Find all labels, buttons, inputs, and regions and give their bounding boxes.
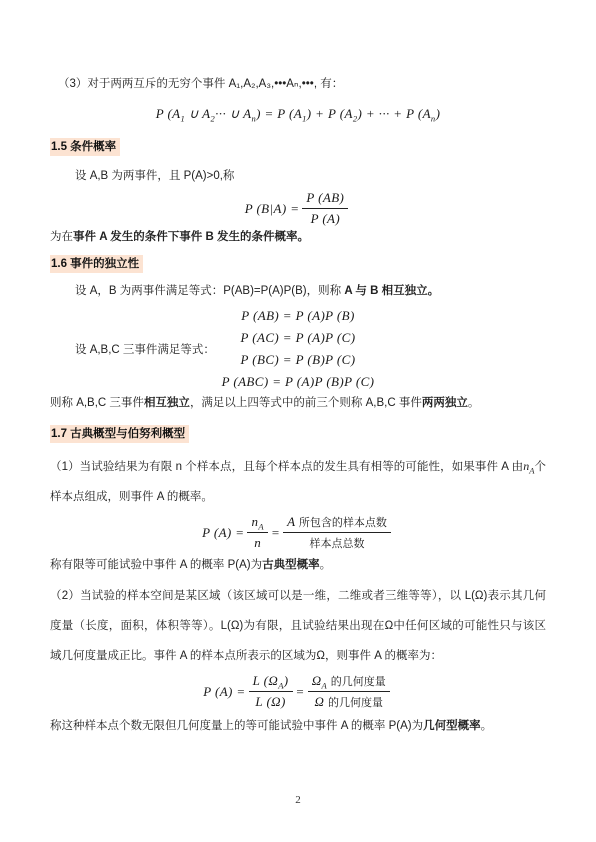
fraction-denominator: Ω 的几何度量 — [311, 692, 387, 710]
paragraph-classical-intro: （1）当试验结果为有限 n 个样本点，且每个样本点的发生具有相等的可能性，如果事… — [50, 451, 546, 512]
paragraph-classical-definition: 称有限等可能试验中事件 A 的概率 P(A)为古典型概率。 — [50, 557, 546, 573]
formula-equals: = — [271, 525, 280, 541]
paragraph-conditional-intro: 设 A,B 为两事件，且 P(A)>0,称 — [50, 168, 546, 184]
fraction: nA n — [247, 514, 268, 551]
text-segment: 的几何度量 — [331, 676, 386, 688]
heading-highlight: 1.6 事件的独立性 — [50, 255, 143, 273]
fraction-denominator: P (A) — [307, 209, 345, 227]
section-heading-1-7: 1.7 古典概型与伯努利概型 — [50, 425, 546, 441]
formula-equals: = — [296, 684, 305, 700]
text-segment: A 与 B 相互独立。 — [344, 285, 439, 297]
text-segment: ) + ··· + P (A — [357, 106, 430, 121]
heading-highlight: 1.7 古典概型与伯努利概型 — [50, 425, 189, 443]
text-segment: ，满足以上四等式中的前三个则称 A,B,C 事件 — [190, 397, 422, 409]
text-segment: （1）当试验结果为有限 n 个样本点，且每个样本点的发生具有相等的可能性，如果事… — [50, 461, 523, 473]
fraction-numerator: L (ΩA) — [249, 673, 293, 692]
fraction-numerator: P (AB) — [302, 190, 348, 209]
text-segment: Ω — [312, 673, 322, 688]
text-segment: Ω — [315, 694, 328, 709]
heading-highlight: 1.5 条件概率 — [50, 138, 120, 156]
paragraph-geometric-definition: 称这种样本点个数无限但几何度量上的等可能试验中事件 A 的概率 P(A)为几何型… — [50, 718, 546, 734]
text-segment: ··· ∪ A — [215, 106, 251, 121]
formula-lhs: P (A) = — [202, 525, 244, 541]
formula-lhs: P (B|A) = — [245, 201, 300, 217]
fraction: A 所包含的样本点数 样本点总数 — [283, 514, 391, 551]
text-segment: 。 — [468, 397, 480, 409]
text-segment: P (B|A) = — [245, 201, 300, 216]
paragraph-two-event-independence: 设 A，B 为两事件满足等式：P(AB)=P(A)P(B)，则称 A 与 B 相… — [50, 283, 546, 299]
text-segment: 设 A,B 为两事件，且 P(A)>0,称 — [75, 170, 234, 182]
text-segment: （3）对于两两互斥的无穷个事件 A₁,A₂,A₃,•••Aₙ,•••, 有： — [58, 78, 343, 90]
text-segment: 几何型概率 — [423, 720, 481, 732]
text-segment: 。 — [320, 559, 332, 571]
document-page: （3）对于两两互斥的无穷个事件 A₁,A₂,A₃,•••Aₙ,•••, 有： P… — [0, 0, 596, 842]
text-segment: 事件 A 发生的条件下事件 B 发生的条件概率。 — [73, 231, 309, 243]
text-segment: 则称 A,B,C 三事件 — [50, 397, 144, 409]
formula-conditional-probability: P (B|A) = P (AB) P (A) — [50, 190, 546, 227]
fraction-denominator: 样本点总数 — [306, 533, 369, 551]
text-segment: ) — [436, 106, 441, 121]
formula-countable-additivity: P (A1 ∪ A2··· ∪ An) = P (A1) + P (A2) + … — [50, 106, 546, 122]
page-number: 2 — [0, 794, 596, 806]
text-segment: ) + P (A — [307, 106, 353, 121]
text-segment: 两两独立 — [422, 397, 468, 409]
fraction-numerator: ΩA 的几何度量 — [308, 673, 390, 692]
paragraph-conditional-definition: 为在事件 A 发生的条件下事件 B 发生的条件概率。 — [50, 229, 546, 245]
text-segment: = — [296, 684, 305, 699]
paragraph-geometric-intro: （2）当试验的样本空间是某区域（该区域可以是一维，二维或者三维等等），以 L(Ω… — [50, 581, 546, 671]
section-heading-1-5: 1.5 条件概率 — [50, 138, 546, 154]
fraction: L (ΩA) L (Ω) — [249, 673, 293, 710]
independence-equations-block: 设 A,B,C 三事件满足等式： P (AB) = P (A)P (B) P (… — [50, 305, 546, 393]
text-segment: P (A) = — [202, 525, 244, 540]
fraction-numerator: nA — [247, 514, 268, 533]
text-segment: 所包含的样本点数 — [299, 517, 387, 529]
fraction-denominator: n — [250, 533, 265, 551]
text-segment: 为在 — [50, 231, 73, 243]
text-segment: = — [271, 525, 280, 540]
text-segment: A — [258, 522, 264, 532]
text-segment: 相互独立 — [144, 397, 190, 409]
text-segment: A — [287, 514, 299, 529]
text-segment: P (A) — [311, 211, 341, 226]
text-segment: P (AB) — [306, 190, 344, 205]
text-segment: ) — [284, 673, 289, 688]
text-segment: 称有限等可能试验中事件 A 的概率 P(A)为 — [50, 559, 262, 571]
fraction-numerator: A 所包含的样本点数 — [283, 514, 391, 533]
fraction: ΩA 的几何度量 Ω 的几何度量 — [308, 673, 390, 710]
formula-text: P (A1 ∪ A2··· ∪ An) = P (A1) + P (A2) + … — [156, 106, 441, 122]
equation: P (ABC) = P (A)P (B)P (C) — [50, 371, 546, 393]
formula-geometric-probability: P (A) = L (ΩA) L (Ω) = ΩA 的几何度量 Ω 的几何度量 — [50, 673, 546, 710]
paragraph-three-event-independence: 则称 A,B,C 三事件相互独立，满足以上四等式中的前三个则称 A,B,C 事件… — [50, 395, 546, 411]
formula-lhs: P (A) = — [203, 684, 245, 700]
text-segment: 的几何度量 — [328, 697, 383, 709]
text-segment: n — [254, 535, 261, 550]
text-segment: 样本点总数 — [310, 538, 365, 550]
text-segment: ) = P (A — [256, 106, 302, 121]
text-segment: L (Ω) — [255, 694, 285, 709]
formula-classical-probability: P (A) = nA n = A 所包含的样本点数 样本点总数 — [50, 514, 546, 551]
paragraph-countable-additivity: （3）对于两两互斥的无穷个事件 A₁,A₂,A₃,•••Aₙ,•••, 有： — [50, 76, 546, 92]
equation: P (AB) = P (A)P (B) — [50, 305, 546, 327]
text-segment: L (Ω — [253, 673, 279, 688]
section-heading-1-6: 1.6 事件的独立性 — [50, 255, 546, 271]
text-segment: 古典型概率 — [262, 559, 320, 571]
fraction: P (AB) P (A) — [302, 190, 348, 227]
fraction-denominator: L (Ω) — [251, 692, 289, 710]
text-segment: 。 — [481, 720, 493, 732]
text-segment: P (A) = — [203, 684, 245, 699]
text-segment: P (A — [156, 106, 181, 121]
text-segment: ∪ A — [185, 106, 210, 121]
text-segment: 称这种样本点个数无限但几何度量上的等可能试验中事件 A 的概率 P(A)为 — [50, 720, 423, 732]
independence-label: 设 A,B,C 三事件满足等式： — [75, 341, 215, 357]
text-segment: 设 A，B 为两事件满足等式：P(AB)=P(A)P(B)，则称 — [75, 285, 344, 297]
